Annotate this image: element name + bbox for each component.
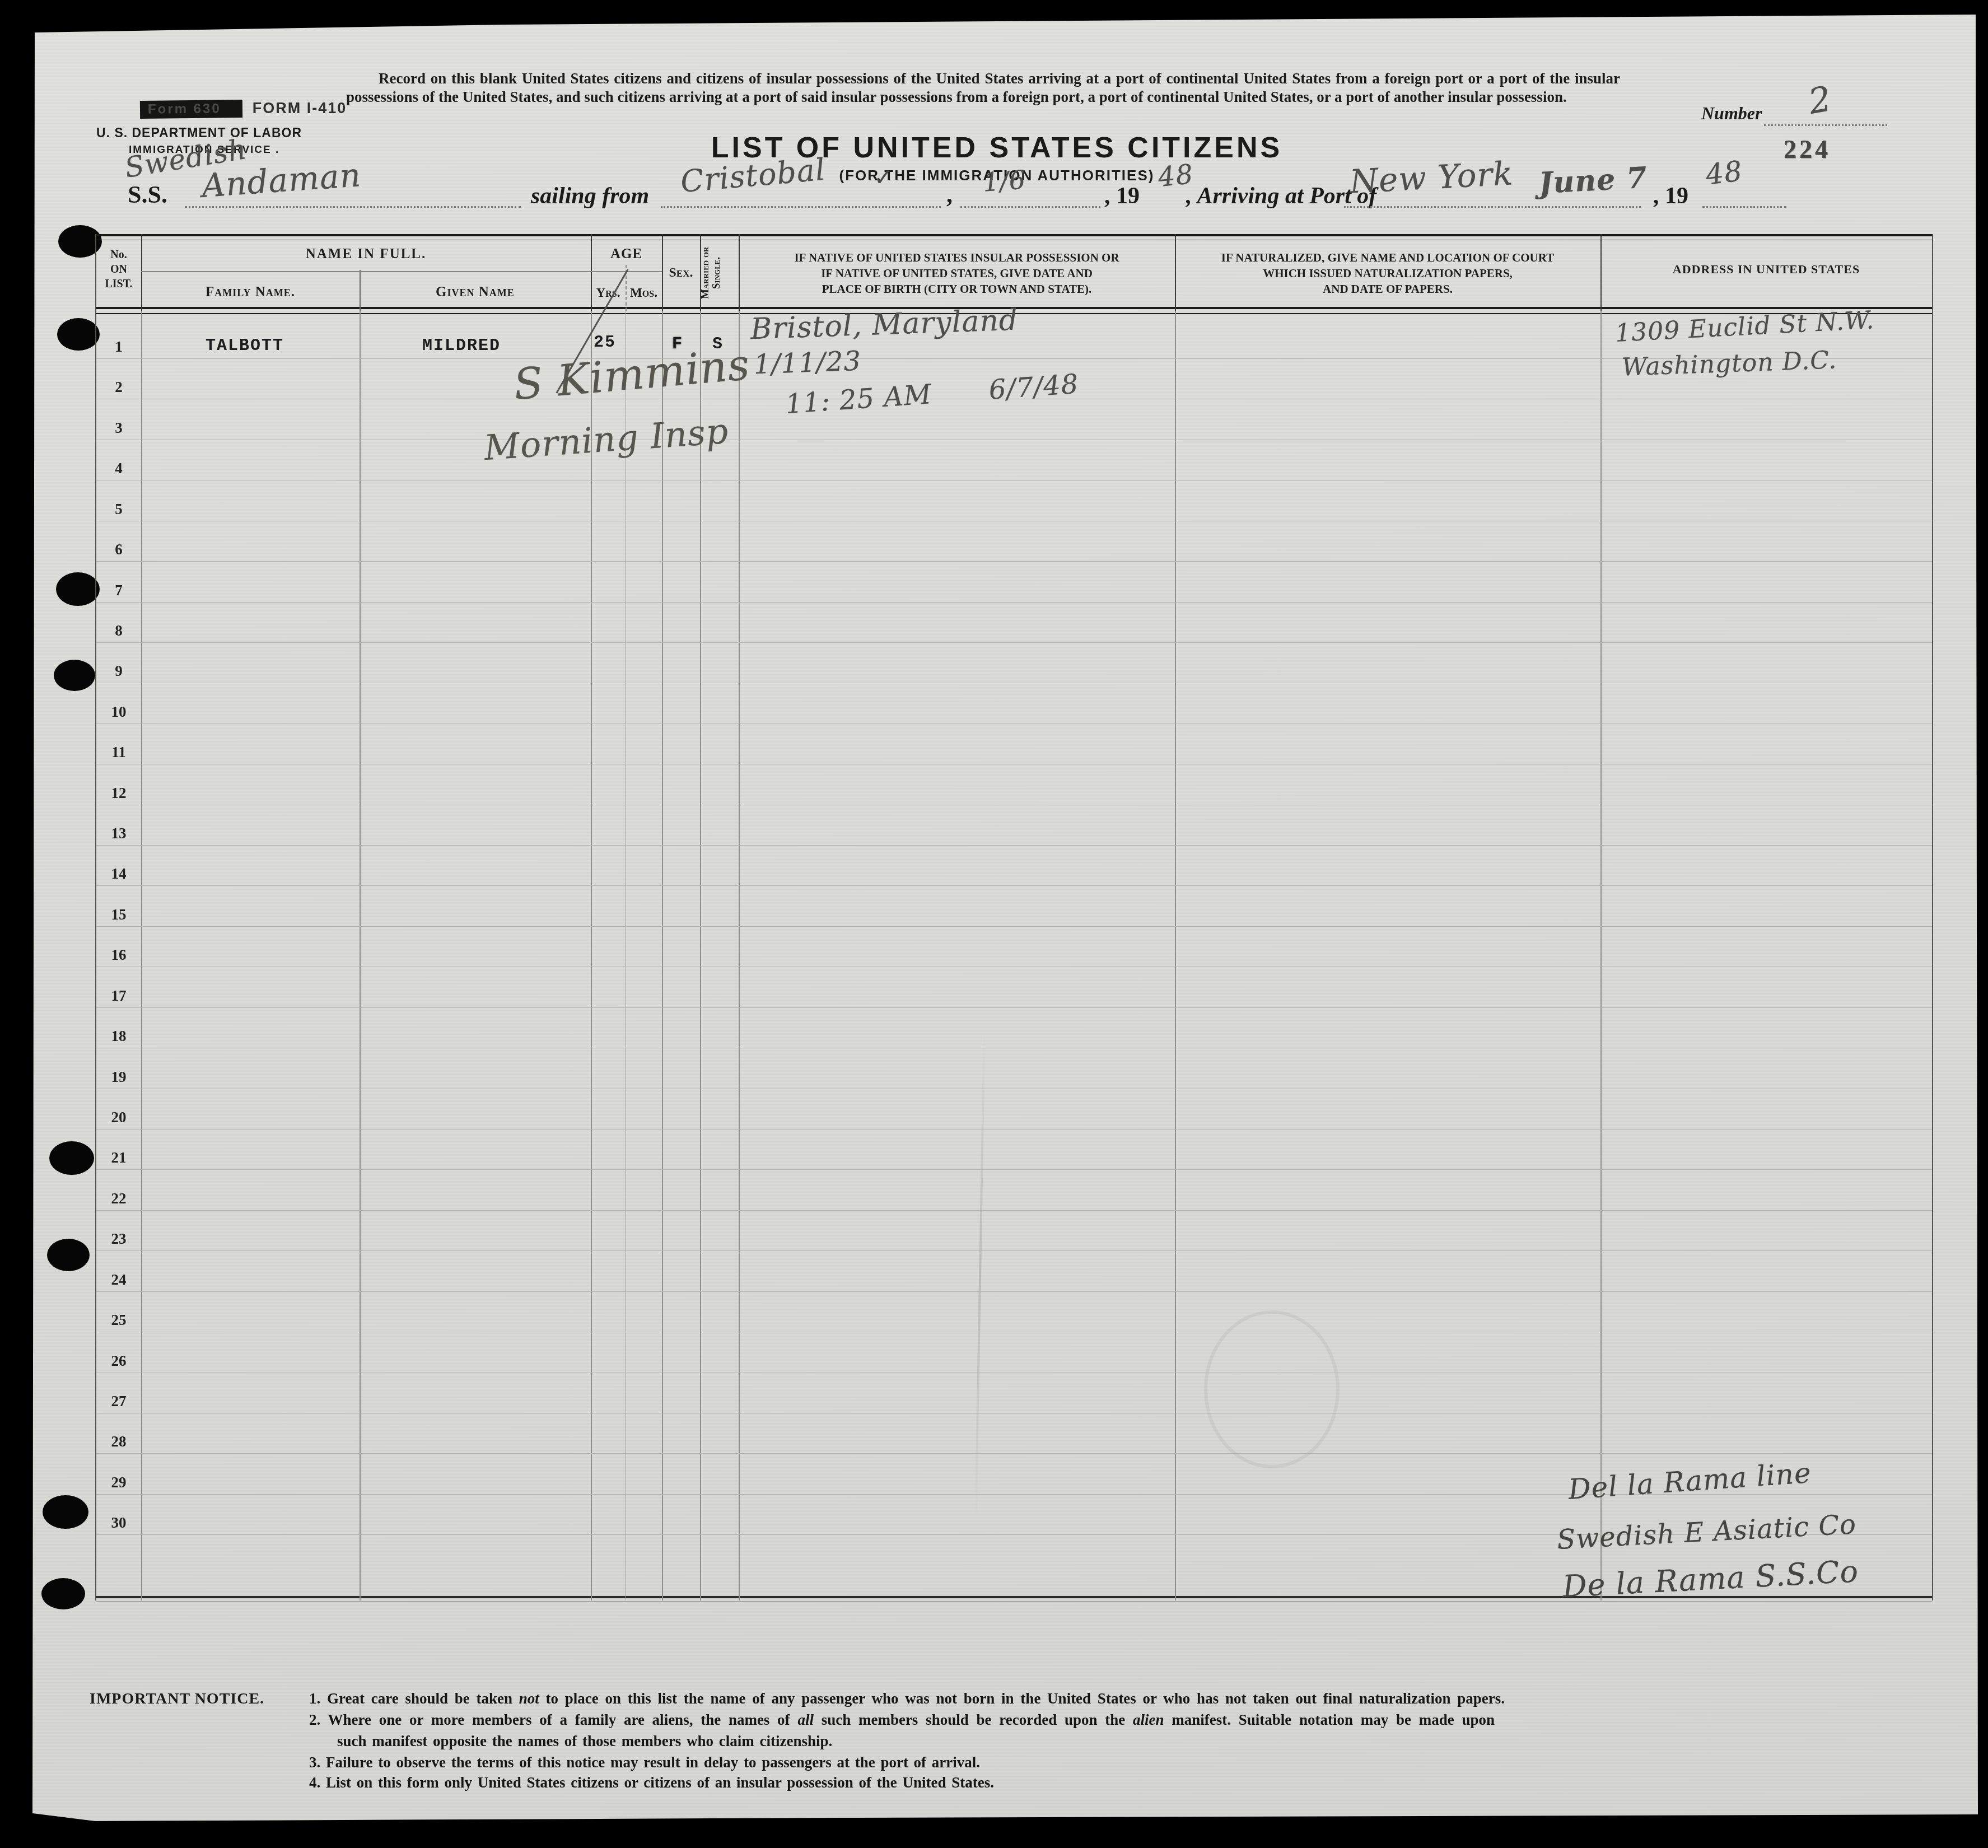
passenger-age: 25 [594,333,616,352]
row-number: 29 [101,1474,137,1491]
row-line [96,926,1932,927]
arrival-year-printed: , 19 [1653,183,1688,209]
row-line [96,885,1932,886]
row-number: 27 [101,1393,137,1410]
row-number: 15 [101,906,137,923]
row-number: 16 [101,946,137,964]
row-number: 26 [101,1352,137,1370]
inspection-date: 6/7/48 [988,368,1080,406]
ss-rule [185,206,521,208]
ss-label: S.S. [128,180,167,209]
row-line [96,1048,1932,1048]
punch-hole [56,572,100,606]
row-line [96,1250,1932,1251]
number-rule [1764,124,1887,126]
row-number: 23 [101,1230,137,1248]
notice-item-2: 2. Where one or more members of a family… [309,1711,1495,1729]
row-line [96,1332,1932,1332]
date-rule [960,206,1100,208]
notice-item-3: 3. Failure to observe the terms of this … [309,1754,980,1771]
row-line [96,1007,1932,1008]
row-number: 8 [101,622,137,640]
arriving-label: , Arriving at Port of [1186,183,1376,209]
row-number: 18 [101,1028,137,1045]
departure-date: 1/6 [982,164,1027,197]
row-number: 6 [101,541,137,558]
row-number: 14 [101,865,137,883]
row-number: 22 [101,1190,137,1207]
sailing-from-label: sailing from [531,183,649,209]
row-number: 12 [101,785,137,802]
row-line [96,845,1932,846]
row-number: 4 [101,460,137,477]
row-line [96,764,1932,764]
notice-item-4: 4. List on this form only United States … [309,1774,994,1791]
row-number: 17 [101,987,137,1005]
row-line [96,805,1932,805]
number-label: Number [1701,103,1762,124]
instructions-paragraph: Record on this blank United States citiz… [346,69,1620,106]
punch-hole [41,1578,85,1609]
row-line [96,1453,1932,1454]
passenger-family-name: TALBOTT [206,337,284,356]
notice-item-2-continued: such manifest opposite the names of thos… [337,1733,832,1750]
row-number: 10 [101,703,137,721]
department-name: U. S. DEPARTMENT OF LABOR [96,125,302,141]
row-number: 1 [101,338,137,356]
checkmark-icon: ✓ [874,164,893,191]
row-number: 21 [101,1149,137,1166]
arrival-year: 48 [1704,155,1744,192]
comma-separator: , [946,180,953,209]
row-number: 13 [101,825,137,842]
row-number: 20 [101,1109,137,1126]
punch-hole [54,660,95,691]
arrival-rule [1344,206,1641,208]
year-rule [1702,206,1786,208]
row-number: 11 [101,744,137,761]
row-line [96,440,1932,440]
row-number: 7 [101,582,137,599]
row-line [96,724,1932,724]
row-number: 9 [101,662,137,680]
punch-hole [57,318,100,351]
row-number: 28 [101,1433,137,1450]
year-printed: , 19 [1104,183,1140,209]
notice-item-1: 1. Great care should be taken not to pla… [309,1690,1505,1707]
row-number: 5 [101,501,137,518]
row-number: 19 [101,1068,137,1086]
row-number: 24 [101,1271,137,1289]
row-number: 25 [101,1312,137,1329]
row-number: 3 [101,419,137,437]
punch-hole [49,1141,94,1175]
struck-form-number: Form 630 [140,100,242,119]
row-line [96,1169,1932,1170]
form-number: FORM I-410 [253,100,347,116]
row-line [96,602,1932,603]
row-line [96,561,1932,562]
port-rule [661,206,941,208]
passenger-given-name: MILDRED [422,337,501,356]
row-line [96,1291,1932,1292]
row-line [96,521,1932,521]
row-line [96,1210,1932,1211]
page-stamp: 224 [1784,134,1831,164]
punch-hole [43,1495,88,1529]
row-line [96,1089,1932,1089]
table-body: 1234567891011121314151617181920212223242… [96,234,1932,1600]
row-line [96,642,1932,643]
form-id-line: Form 630 FORM I-410 [140,100,347,118]
row-line [96,1413,1932,1413]
notice-label: IMPORTANT NOTICE. [90,1690,264,1708]
arrival-date: June 7 [1538,161,1649,200]
row-line [96,480,1932,480]
passenger-table: No. ON LIST. NAME IN FULL. Family Name. … [95,234,1933,1600]
passenger-birth-date: 1/11/23 [753,346,862,381]
row-line [96,1129,1932,1130]
punch-hole [47,1239,90,1271]
row-number: 2 [101,379,137,396]
row-number: 30 [101,1514,137,1532]
row-line [96,1373,1932,1373]
row-line [96,967,1932,967]
row-line [96,683,1932,683]
